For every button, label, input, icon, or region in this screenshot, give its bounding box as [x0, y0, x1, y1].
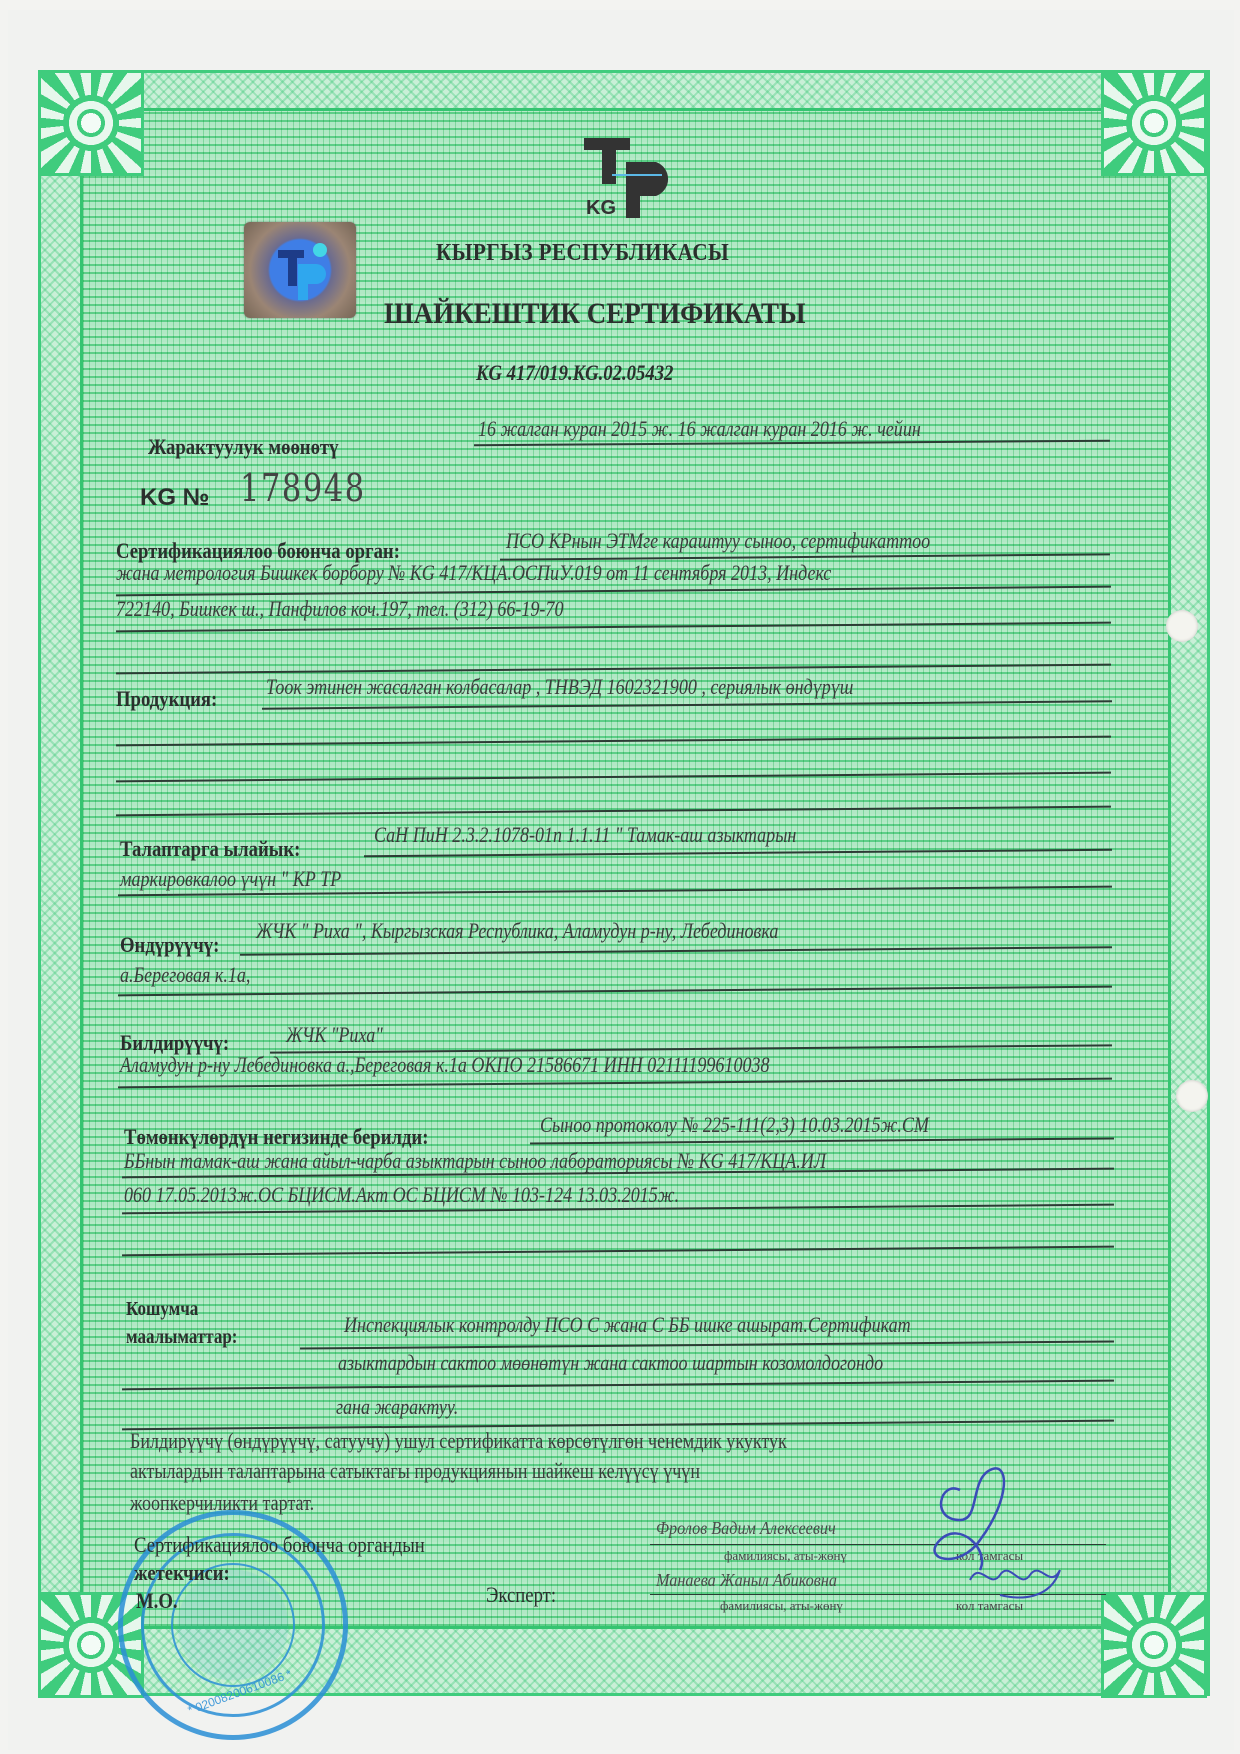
seal-place-label: М.О. — [136, 1588, 178, 1614]
punch-hole — [1166, 610, 1198, 642]
name-caption: фамилиясы, аты-жөнү — [720, 1598, 843, 1614]
expert-label: Эксперт: — [486, 1582, 556, 1608]
head-of-body-label: жетекчиси: — [134, 1560, 230, 1586]
svg-text:KG: KG — [586, 197, 616, 218]
certification-body-line: ПСО КРнын ЭТМге караштуу сыноо, сертифик… — [506, 528, 930, 554]
corner-ornament-icon — [1101, 1592, 1207, 1698]
expert-name: Манаева Жаныл Абиковна — [656, 1570, 837, 1591]
tr-kg-logo-icon: KG — [584, 138, 674, 218]
compliance-line: маркировкалоо үчүн " КР ТР — [120, 866, 341, 892]
responsibility-line: актылардын талаптарына сатыктагы продукц… — [130, 1458, 700, 1484]
handwritten-signature-icon — [900, 1460, 1100, 1610]
country-title: КЫРГЫЗ РЕСПУБЛИКАСЫ — [436, 240, 729, 267]
blank-number-label: KG № — [140, 484, 209, 512]
blank-number-value: 178948 — [240, 466, 366, 510]
manufacturer-line: а.Береговая к.1а, — [120, 962, 250, 988]
validity-label: Жарактуулук мөөнөтү — [148, 434, 338, 460]
compliance-label: Талаптарга ылайык: — [120, 836, 300, 862]
additional-info-line: азыктардын сактоо мөөнөтүн жана сактоо ш… — [338, 1350, 883, 1376]
issued-basis-line: Сыноо протоколу № 225-111(2,3) 10.03.201… — [540, 1112, 929, 1138]
responsibility-line: Билдирүүчү (өндүрүүчү, сатуучу) ушул сер… — [130, 1428, 787, 1454]
validity-value: 16 жалган куран 2015 ж. 16 жалган куран … — [478, 416, 921, 442]
additional-info-line: гана жарактуу. — [336, 1394, 458, 1420]
corner-ornament-icon — [38, 70, 144, 176]
name-caption: фамилиясы, аты-жөнү — [724, 1548, 847, 1564]
certification-body-line: 722140, Бишкек ш., Панфилов коч.197, тел… — [116, 596, 563, 622]
additional-info-label: маалыматтар: — [126, 1326, 237, 1349]
applicant-line: Аламудун р-ну Лебединовка а.,Береговая к… — [120, 1052, 770, 1078]
compliance-line: СаН ПиН 2.3.2.1078-01п 1.1.11 " Тамак-аш… — [374, 822, 796, 848]
product-value: Тоок этинен жасалган колбасалар , ТНВЭД … — [266, 674, 853, 700]
additional-info-line: Инспекциялык контролду ПСО С жана С ББ и… — [344, 1312, 911, 1338]
issued-basis-line: 060 17.05.2013ж.ОС БЦИСМ.Акт ОС БЦИСМ № … — [124, 1182, 679, 1208]
punch-hole — [1176, 1080, 1208, 1112]
head-of-body-label: Сертификациялоо боюнча органдын — [134, 1532, 425, 1558]
applicant-line: ЖЧК "Риха" — [286, 1022, 383, 1048]
tr-hologram-icon — [244, 222, 356, 318]
document-title: ШАЙКЕШТИК СЕРТИФИКАТЫ — [384, 297, 805, 331]
manufacturer-label: Өндүрүүчү: — [120, 932, 219, 958]
certificate-number: KG 417/019.KG.02.05432 — [476, 360, 673, 386]
head-name: Фролов Вадим Алексеевич — [656, 1518, 836, 1539]
issued-basis-line: ББнын тамак-аш жана айыл-чарба азыктарын… — [124, 1148, 826, 1174]
corner-ornament-icon — [1101, 70, 1207, 176]
certification-body-line: жана метрология Бишкек борбору № KG 417/… — [116, 560, 831, 586]
product-label: Продукция: — [116, 686, 217, 712]
manufacturer-line: ЖЧК " Риха ", Кыргызская Республика, Ала… — [256, 918, 778, 944]
issued-basis-label: Төмөнкүлөрдүн негизинде берилди: — [124, 1124, 428, 1150]
additional-info-label: Кошумча — [126, 1298, 198, 1321]
